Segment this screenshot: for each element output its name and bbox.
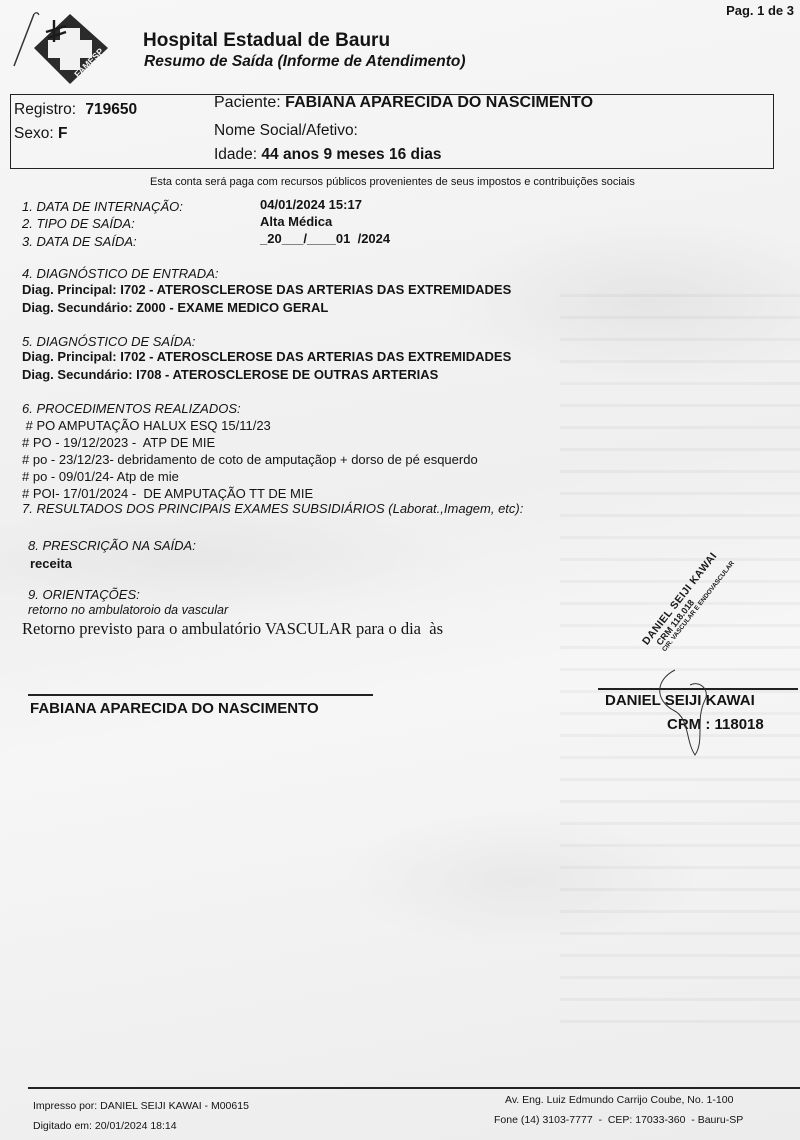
footer-divider xyxy=(28,1087,800,1089)
patient-signature-name: FABIANA APARECIDA DO NASCIMENTO xyxy=(30,700,319,717)
impresso-por: Impresso por: DANIEL SEIJI KAWAI - M0061… xyxy=(33,1100,249,1112)
diagnostico-entrada-principal: Diag. Principal: I702 - ATEROSCLEROSE DA… xyxy=(22,282,511,297)
hospital-address: Av. Eng. Luiz Edmundo Carrijo Coube, No.… xyxy=(505,1094,733,1106)
digitado-em: Digitado em: 20/01/2024 18:14 xyxy=(33,1120,177,1132)
hospital-name: Hospital Estadual de Bauru xyxy=(143,30,390,52)
diagnostico-saida-label: 5. DIAGNÓSTICO DE SAÍDA: xyxy=(22,334,195,349)
exames-label: 7. RESULTADOS DOS PRINCIPAIS EXAMES SUBS… xyxy=(22,501,523,516)
data-saida-label: 3. DATA DE SAÍDA: xyxy=(22,234,137,249)
orientacoes-label: 9. ORIENTAÇÕES: xyxy=(28,587,140,602)
procedimento-item: # po - 09/01/24- Atp de mie xyxy=(22,469,179,484)
sexo-value: F xyxy=(58,125,67,142)
tipo-saida-value: Alta Médica xyxy=(260,214,332,229)
diagnostico-saida-principal: Diag. Principal: I702 - ATEROSCLEROSE DA… xyxy=(22,349,511,364)
idade-field: Idade: 44 anos 9 meses 16 dias xyxy=(214,146,442,164)
prescricao-value: receita xyxy=(30,556,72,571)
paciente-field: Paciente: FABIANA APARECIDA DO NASCIMENT… xyxy=(214,94,593,112)
diagnostico-entrada-label: 4. DIAGNÓSTICO DE ENTRADA: xyxy=(22,266,218,281)
registro-value: 719650 xyxy=(85,101,137,118)
registro-field: Registro: 719650 xyxy=(14,101,137,119)
idade-value: 44 anos 9 meses 16 dias xyxy=(261,146,441,163)
retorno-previsto-text: Retorno previsto para o ambulatório VASC… xyxy=(22,619,443,639)
data-saida-value: _20___/____01 /2024 xyxy=(260,231,390,246)
page-indicator: Pag. 1 de 3 xyxy=(726,3,794,18)
registro-label: Registro: xyxy=(14,101,76,118)
sexo-field: Sexo: F xyxy=(14,125,67,143)
data-internacao-value: 04/01/2024 15:17 xyxy=(260,197,362,212)
procedimento-item: # POI- 17/01/2024 - DE AMPUTAÇÃO TT DE M… xyxy=(22,486,313,501)
nome-social-field: Nome Social/Afetivo: xyxy=(214,122,358,140)
diagnostico-entrada-secundario: Diag. Secundário: Z000 - EXAME MEDICO GE… xyxy=(22,300,328,315)
diagnostico-saida-secundario: Diag. Secundário: I708 - ATEROSCLEROSE D… xyxy=(22,367,438,382)
nome-social-label: Nome Social/Afetivo: xyxy=(214,122,358,139)
procedimento-item: # po - 23/12/23- debridamento de coto de… xyxy=(22,452,478,467)
paciente-value: FABIANA APARECIDA DO NASCIMENTO xyxy=(285,94,593,111)
procedimento-item: # PO AMPUTAÇÃO HALUX ESQ 15/11/23 xyxy=(22,418,271,433)
paciente-label: Paciente: xyxy=(214,94,281,111)
data-internacao-label: 1. DATA DE INTERNAÇÃO: xyxy=(22,199,183,214)
tipo-saida-label: 2. TIPO DE SAÍDA: xyxy=(22,216,135,231)
procedimento-item: # PO - 19/12/2023 - ATP DE MIE xyxy=(22,435,215,450)
prescricao-label: 8. PRESCRIÇÃO NA SAÍDA: xyxy=(28,538,196,553)
idade-label: Idade: xyxy=(214,146,257,163)
hospital-contact: Fone (14) 3103-7777 - CEP: 17033-360 - B… xyxy=(494,1114,743,1126)
famesp-cross-logo-icon: FAMESP xyxy=(8,8,118,90)
procedimentos-label: 6. PROCEDIMENTOS REALIZADOS: xyxy=(22,401,241,416)
funding-notice: Esta conta será paga com recursos públic… xyxy=(150,176,635,188)
sexo-label: Sexo: xyxy=(14,125,54,142)
handwritten-signature-icon xyxy=(655,660,725,760)
patient-signature-line xyxy=(28,694,373,696)
orientacoes-value: retorno no ambulatoroio da vascular xyxy=(28,603,228,617)
document-title: Resumo de Saída (Informe de Atendimento) xyxy=(144,53,466,71)
